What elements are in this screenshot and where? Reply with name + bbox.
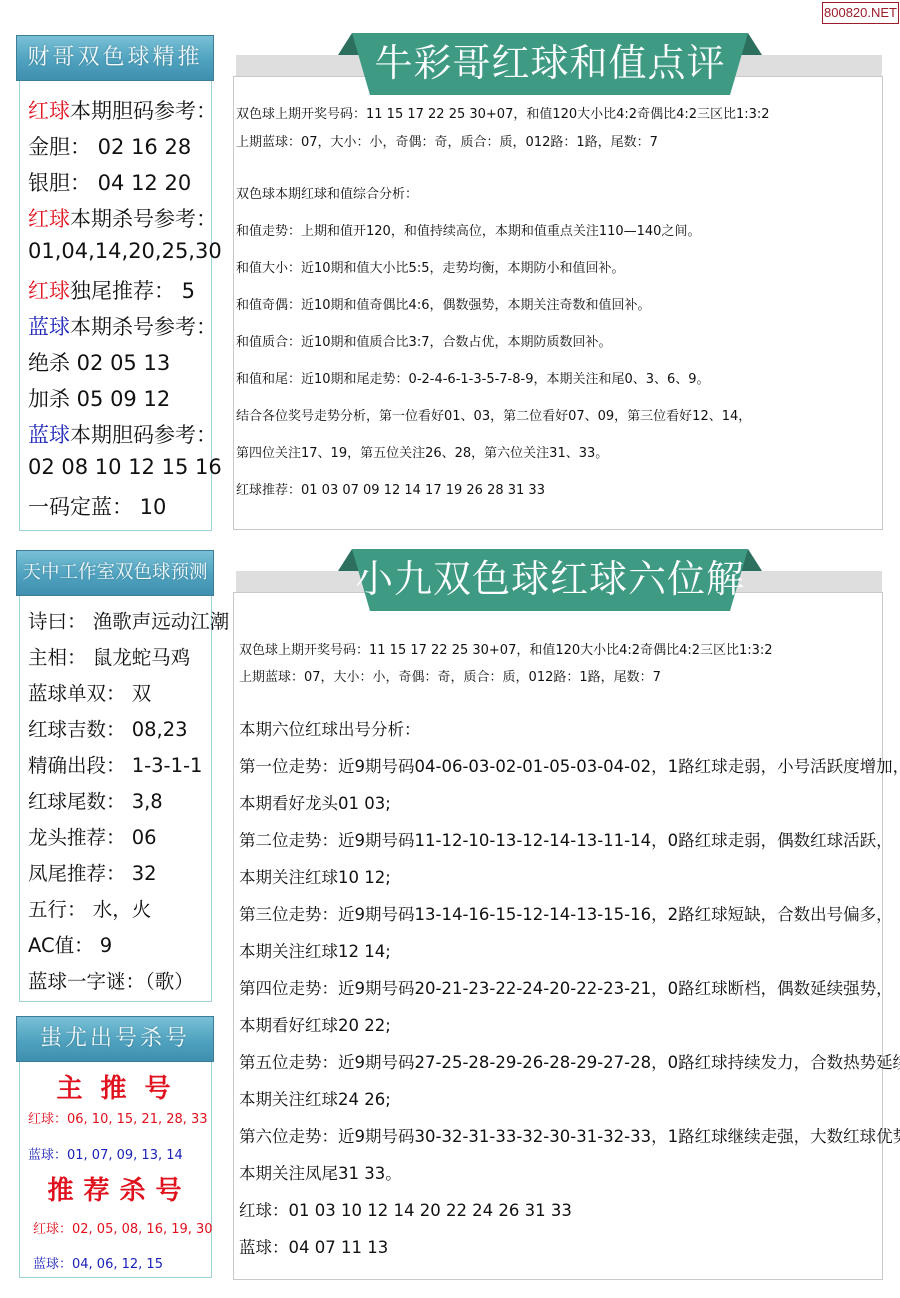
kill-pick-heading: 推荐杀号 [20,1170,211,1207]
box1-line-3: 红球本期杀号参考： [28,203,217,233]
box1-line-6: 蓝球本期杀号参考： [28,311,217,341]
p1-line-3: 和值走势：上期和值开120，和值持续高位，本期和值重点关注110—140之间。 [236,220,700,239]
main-pick-red: 红球：06, 10, 15, 21, 28, 33 [28,1108,208,1127]
p2-line-12: 本期关注凤尾31 33。 [239,1160,402,1184]
main-pick-heading: 主推号 [20,1068,211,1105]
box1-line-2: 银胆： 04 12 20 [28,167,191,197]
box2-line-0: 诗曰： 渔歌声远动江潮 [28,606,229,634]
box1-line-11: 一码定蓝： 10 [28,491,166,521]
p1-line-1: 上期蓝球：07，大小：小，奇偶：奇，质合：质，012路：1路，尾数：7 [236,131,658,150]
p2-line-3: 第二位走势：近9期号码11-12-10-13-12-14-13-11-14，0路… [239,827,893,851]
box3-body: 主推号 红球：06, 10, 15, 21, 28, 33 蓝球：01, 07,… [19,1062,212,1278]
box1-line-0: 红球本期胆码参考： [28,95,217,125]
p2-line-5: 第三位走势：近9期号码13-14-16-15-12-14-13-15-16，2路… [239,901,893,925]
p1-line-7: 和值和尾：近10期和尾走势：0-2-4-6-1-3-5-7-8-9，本期关注和尾… [236,368,710,387]
box2-line-3: 红球吉数： 08,23 [28,714,188,742]
p2-line-2: 本期看好龙头01 03; [239,790,391,814]
p2-line-13: 红球：01 03 10 12 14 20 22 24 26 31 33 [239,1197,572,1221]
p1-line-2: 双色球本期红球和值综合分析： [236,183,418,202]
box2-line-7: 凤尾推荐： 32 [28,858,157,886]
p2-line-11: 第六位走势：近9期号码30-32-31-33-32-30-31-32-33，1路… [239,1123,900,1147]
p1-line-0: 双色球上期开奖号码：11 15 17 22 25 30+07，和值120大小比4… [236,103,770,122]
kill-pick-blue: 蓝球：04, 06, 12, 15 [33,1253,163,1272]
p2-line-0: 本期六位红球出号分析： [239,716,421,740]
box1-line-5: 红球独尾推荐： 5 [28,275,195,305]
p1-line-9: 第四位关注17、19，第五位关注26、28，第六位关注31、33。 [236,442,608,461]
box3-title: 蚩尤出号杀号 [16,1016,214,1062]
p2-line-10: 本期关注红球24 26; [239,1086,391,1110]
box2-line-1: 主相： 鼠龙蛇马鸡 [28,642,190,670]
box1-line-9: 蓝球本期胆码参考： [28,419,217,449]
p1-line-10: 红球推荐：01 03 07 09 12 14 17 19 26 28 31 33 [236,479,545,498]
box2-line-8: 五行： 水，火 [28,894,151,922]
box1-body: 红球本期胆码参考： 金胆： 02 16 28 银胆： 04 12 20 红球本期… [19,81,212,531]
p1-line-8: 结合各位奖号走势分析，第一位看好01、03，第二位看好07、09，第三位看好12… [236,405,751,424]
kill-pick-red: 红球：02, 05, 08, 16, 19, 30 [33,1218,213,1237]
box2-line-6: 龙头推荐： 06 [28,822,157,850]
box2-body: 诗曰： 渔歌声远动江潮 主相： 鼠龙蛇马鸡 蓝球单双： 双 红球吉数： 08,2… [19,596,212,1002]
p2-header-0: 双色球上期开奖号码：11 15 17 22 25 30+07，和值120大小比4… [239,639,773,658]
panel1-ribbon: 牛彩哥红球和值点评 [338,33,762,95]
panel2-title: 小九双色球红球六位解析 [338,549,762,611]
p2-header-1: 上期蓝球：07，大小：小，奇偶：奇，质合：质，012路：1路，尾数：7 [239,666,661,685]
box2-line-10: 蓝球一字谜：（歌） [28,966,194,994]
p1-line-4: 和值大小：近10期和值大小比5:5，走势均衡，本期防小和值回补。 [236,257,624,276]
p2-line-7: 第四位走势：近9期号码20-21-23-22-24-20-22-23-21，0路… [239,975,893,999]
box1-line-10: 02 08 10 12 15 16 [28,455,222,479]
p1-line-6: 和值质合：近10期和值质合比3:7，合数占优，本期防质数回补。 [236,331,611,350]
box1-line-8: 加杀 05 09 12 [28,383,170,413]
box1-line-7: 绝杀 02 05 13 [28,347,170,377]
p2-line-1: 第一位走势：近9期号码04-06-03-02-01-05-03-04-02，1路… [239,753,900,777]
box1-line-1: 金胆： 02 16 28 [28,131,191,161]
panel1-title: 牛彩哥红球和值点评 [338,33,762,95]
site-watermark: 800820.NET [822,2,899,24]
panel2-ribbon: 小九双色球红球六位解析 [338,549,762,611]
p1-line-5: 和值奇偶：近10期和值奇偶比4:6，偶数强势，本期关注奇数和值回补。 [236,294,650,313]
p2-line-4: 本期关注红球10 12; [239,864,391,888]
p2-line-14: 蓝球：04 07 11 13 [239,1234,388,1258]
main-pick-blue: 蓝球：01, 07, 09, 13, 14 [28,1144,183,1163]
box1-line-4: 01,04,14,20,25,30 [28,239,222,263]
box2-line-2: 蓝球单双： 双 [28,678,151,706]
p2-line-9: 第五位走势：近9期号码27-25-28-29-26-28-29-27-28，0路… [239,1049,900,1073]
box1-title: 财哥双色球精推 [16,35,214,81]
box2-line-9: AC值： 9 [28,930,112,958]
p2-line-6: 本期关注红球12 14; [239,938,391,962]
box2-line-4: 精确出段： 1-3-1-1 [28,750,202,778]
p2-line-8: 本期看好红球20 22; [239,1012,391,1036]
box2-line-5: 红球尾数： 3,8 [28,786,163,814]
box2-title: 天中工作室双色球预测 [16,550,214,596]
